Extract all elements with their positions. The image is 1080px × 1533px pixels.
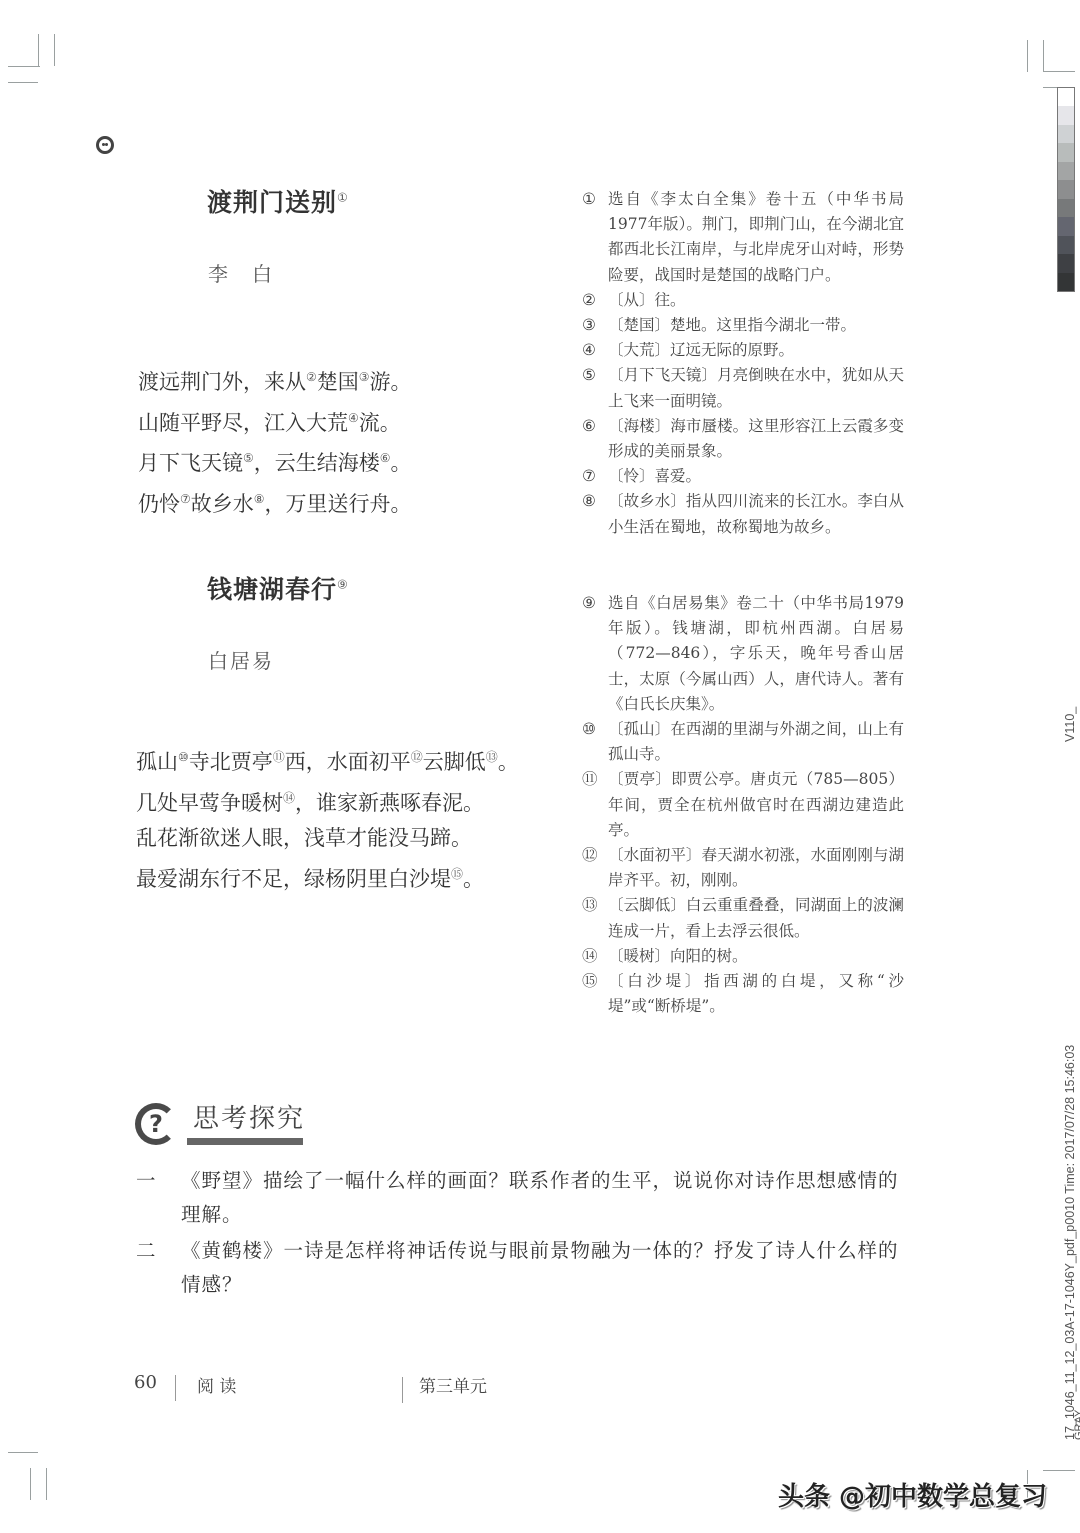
- footnote-number: ①: [582, 187, 608, 288]
- footnotes-poem2: ⑨选自《白居易集》卷二十（中华书局1979年版）。钱塘湖，即杭州西湖。白居易（7…: [582, 591, 904, 1019]
- verse-text: 。: [498, 750, 519, 774]
- verse-text: ，万里送行舟。: [265, 492, 412, 516]
- footnote-number: ⑮: [582, 969, 608, 1019]
- verse-text: 山随平野尽，江入大荒: [138, 411, 348, 435]
- verse-text: 故乡水: [191, 492, 254, 516]
- footnote: ⑧〔故乡水〕指从四川流来的长江水。李白从小生活在蜀地，故称蜀地为故乡。: [582, 489, 904, 539]
- verse-text: 孤山: [136, 750, 178, 774]
- footnote: ⑬〔云脚低〕白云重重叠叠，同湖面上的波澜连成一片，看上去浮云很低。: [582, 893, 904, 943]
- gray-swatch: [1058, 180, 1074, 198]
- page-number: 60: [134, 1372, 157, 1393]
- footnote-text: 〔贾亭〕即贾公亭。唐贞元（785—805）年间，贾全在杭州做官时在西湖边建造此亭…: [608, 767, 904, 843]
- footnote-number: ⑭: [582, 944, 608, 969]
- poem-line: 乱花渐欲迷人眼，浅草才能没马蹄。: [136, 821, 519, 857]
- gray-swatch: [1058, 143, 1074, 161]
- poem2-author: 白居易: [208, 645, 274, 674]
- footnote-text: 〔月下飞天镜〕月亮倒映在水中，犹如从天上飞来一面明镜。: [608, 363, 904, 413]
- poem-line: 几处早莺争暖树⑭，谁家新燕啄春泥。: [136, 781, 519, 822]
- poem2-title: 钱塘湖春行⑨: [207, 570, 349, 606]
- footnote-ref: ⑬: [486, 750, 498, 764]
- verse-text: 几处早莺争暖树: [136, 791, 283, 815]
- footnote-text: 〔白沙堤〕指西湖的白堤，又称“沙堤”或“断桥堤”。: [608, 969, 904, 1019]
- footnote: ⑫〔水面初平〕春天湖水初涨，水面刚刚与湖岸齐平。初，刚刚。: [582, 843, 904, 893]
- footnote-number: ⑫: [582, 843, 608, 893]
- footnote: ⑪〔贾亭〕即贾公亭。唐贞元（785—805）年间，贾全在杭州做官时在西湖边建造此…: [582, 767, 904, 843]
- footnote: ②〔从〕往。: [582, 288, 904, 313]
- question-item: 一 《野望》描绘了一幅什么样的画面？联系作者的生平，说说你对诗作思想感情的理解。: [136, 1164, 906, 1231]
- footnote: ③〔楚国〕楚地。这里指今湖北一带。: [582, 313, 904, 338]
- footnotes-poem1: ①选自《李太白全集》卷十五（中华书局1977年版）。荆门，即荆门山，在今湖北宜都…: [582, 187, 904, 540]
- crop-mark: [1043, 71, 1075, 72]
- footnote: ⑮〔白沙堤〕指西湖的白堤，又称“沙堤”或“断桥堤”。: [582, 969, 904, 1019]
- footnote-ref: ④: [348, 411, 359, 425]
- footnote-number: ⑧: [582, 489, 608, 539]
- footnote-number: ⑨: [582, 591, 608, 717]
- question-text: 《野望》描绘了一幅什么样的画面？联系作者的生平，说说你对诗作思想感情的理解。: [181, 1164, 906, 1231]
- print-info: 17_1046_11_12_03A-17-1046Y_pdf_p0010 Tim…: [1063, 1045, 1077, 1440]
- gray-swatch: [1058, 217, 1074, 235]
- gray-swatch: [1058, 162, 1074, 180]
- footnote-text: 〔楚国〕楚地。这里指今湖北一带。: [608, 313, 904, 338]
- gray-swatch: [1058, 88, 1074, 106]
- footnote: ①选自《李太白全集》卷十五（中华书局1977年版）。荆门，即荆门山，在今湖北宜都…: [582, 187, 904, 288]
- footnote-ref: ③: [359, 370, 370, 384]
- poem-line: 最爱湖东行不足，绿杨阴里白沙堤⑮。: [136, 857, 519, 898]
- crop-mark: [1043, 87, 1057, 88]
- watermark: 头条 @初中数学总复习: [778, 1476, 1047, 1513]
- footnote: ⑥〔海楼〕海市蜃楼。这里形容江上云霞多变形成的美丽景象。: [582, 414, 904, 464]
- gray-swatch: [1058, 125, 1074, 143]
- footnote-ref: ⑩: [178, 750, 189, 764]
- footnote-number: ④: [582, 338, 608, 363]
- footer-section: 阅 读: [197, 1372, 236, 1397]
- verse-text: 云脚低: [423, 750, 486, 774]
- footnote-number: ⑥: [582, 414, 608, 464]
- gray-scale-strip: [1057, 87, 1075, 292]
- gray-swatch: [1058, 273, 1074, 291]
- gray-swatch: [1058, 236, 1074, 254]
- footnote-number: ⑩: [582, 717, 608, 767]
- poem1-title: 渡荆门送别①: [207, 183, 349, 219]
- footnote: ⑭〔暖树〕向阳的树。: [582, 944, 904, 969]
- poem1-body: 渡远荆门外，来从②楚国③游。山随平野尽，江入大荒④流。月下飞天镜⑤，云生结海楼⑥…: [138, 360, 412, 522]
- crop-mark: [8, 66, 40, 67]
- gray-label: GRAY: [1073, 1410, 1080, 1440]
- footnote-ref: ⑪: [273, 750, 285, 764]
- crop-mark: [1043, 40, 1044, 72]
- question-item: 二 《黄鹤楼》一诗是怎样将神话传说与眼前景物融为一体的？抒发了诗人什么样的情感？: [136, 1234, 906, 1301]
- poem-line: 渡远荆门外，来从②楚国③游。: [138, 360, 412, 401]
- verse-text: 最爱湖东行不足，绿杨阴里白沙堤: [136, 867, 451, 891]
- footnote-ref: ⑨: [337, 578, 349, 592]
- footnote-ref: ⑮: [451, 867, 463, 881]
- footnote: ⑤〔月下飞天镜〕月亮倒映在水中，犹如从天上飞来一面明镜。: [582, 363, 904, 413]
- verse-text: 游。: [370, 370, 412, 394]
- verse-text: 渡远荆门外，来从: [138, 370, 306, 394]
- footnote-text: 〔暖树〕向阳的树。: [608, 944, 904, 969]
- footnote: ⑨选自《白居易集》卷二十（中华书局1979年版）。钱塘湖，即杭州西湖。白居易（7…: [582, 591, 904, 717]
- smiley-icon: [96, 136, 114, 154]
- verse-text: 西，水面初平: [285, 750, 411, 774]
- gray-swatch: [1058, 106, 1074, 124]
- verse-text: 。: [463, 867, 484, 891]
- poem2-body: 孤山⑩寺北贾亭⑪西，水面初平⑫云脚低⑬。几处早莺争暖树⑭，谁家新燕啄春泥。乱花渐…: [136, 740, 519, 897]
- gray-swatch: [1058, 254, 1074, 272]
- footnote-text: 〔怜〕喜爱。: [608, 464, 904, 489]
- poem1-author: 李 白: [208, 258, 274, 287]
- verse-text: 乱花渐欲迷人眼，浅草才能没马蹄。: [136, 826, 472, 850]
- verse-text: 月下飞天镜: [138, 451, 243, 475]
- footnote-text: 〔水面初平〕春天湖水初涨，水面刚刚与湖岸齐平。初，刚刚。: [608, 843, 904, 893]
- verse-text: ，谁家新燕啄春泥。: [295, 791, 484, 815]
- question-text: 《黄鹤楼》一诗是怎样将神话传说与眼前景物融为一体的？抒发了诗人什么样的情感？: [181, 1234, 906, 1301]
- footnote-ref: ②: [306, 370, 317, 384]
- poem-line: 孤山⑩寺北贾亭⑪西，水面初平⑫云脚低⑬。: [136, 740, 519, 781]
- footnote-ref: ①: [337, 191, 349, 205]
- footer-unit: 第三单元: [419, 1372, 487, 1397]
- crop-mark: [8, 82, 38, 83]
- crop-mark: [8, 1452, 38, 1453]
- footnote-ref: ⑭: [283, 791, 295, 805]
- question-mark-icon: ?: [135, 1103, 177, 1145]
- verse-text: 仍怜: [138, 492, 180, 516]
- footnote-text: 〔故乡水〕指从四川流来的长江水。李白从小生活在蜀地，故称蜀地为故乡。: [608, 489, 904, 539]
- footnote: ④〔大荒〕辽远无际的原野。: [582, 338, 904, 363]
- footnote-number: ⑦: [582, 464, 608, 489]
- footer-divider: [175, 1375, 176, 1401]
- footnote-text: 〔大荒〕辽远无际的原野。: [608, 338, 904, 363]
- footnote-text: 选自《白居易集》卷二十（中华书局1979年版）。钱塘湖，即杭州西湖。白居易（77…: [608, 591, 904, 717]
- footnote-ref: ⑫: [411, 750, 423, 764]
- footnote-text: 〔从〕往。: [608, 288, 904, 313]
- footer-divider: [402, 1377, 403, 1403]
- gray-swatch: [1058, 199, 1074, 217]
- section-title: 思考探究: [193, 1098, 305, 1135]
- verse-text: 寺北贾亭: [189, 750, 273, 774]
- verse-text: 流。: [359, 411, 401, 435]
- footnote-number: ③: [582, 313, 608, 338]
- footnote-text: 〔云脚低〕白云重重叠叠，同湖面上的波澜连成一片，看上去浮云很低。: [608, 893, 904, 943]
- question-number: 一: [136, 1164, 181, 1231]
- crop-mark: [1043, 1470, 1075, 1471]
- footnote-text: 选自《李太白全集》卷十五（中华书局1977年版）。荆门，即荆门山，在今湖北宜都西…: [608, 187, 904, 288]
- version-label: V110_: [1063, 707, 1077, 742]
- poem-line: 仍怜⑦故乡水⑧，万里送行舟。: [138, 482, 412, 523]
- footnote-number: ⑤: [582, 363, 608, 413]
- crop-mark: [46, 1468, 47, 1500]
- crop-mark: [54, 34, 55, 66]
- crop-mark: [1027, 40, 1028, 72]
- verse-text: ，云生结海楼: [254, 451, 380, 475]
- footnote-ref: ⑤: [243, 451, 254, 465]
- verse-text: 。: [391, 451, 412, 475]
- footnote-ref: ⑧: [254, 492, 265, 506]
- poem-line: 月下飞天镜⑤，云生结海楼⑥。: [138, 441, 412, 482]
- crop-mark: [30, 1468, 31, 1500]
- crop-mark: [38, 34, 39, 67]
- footnote-ref: ⑥: [380, 451, 391, 465]
- footnote-number: ⑬: [582, 893, 608, 943]
- footnote-ref: ⑦: [180, 492, 191, 506]
- footnote: ⑩〔孤山〕在西湖的里湖与外湖之间，山上有孤山寺。: [582, 717, 904, 767]
- verse-text: 楚国: [317, 370, 359, 394]
- footnote-number: ⑪: [582, 767, 608, 843]
- footnote: ⑦〔怜〕喜爱。: [582, 464, 904, 489]
- footnote-text: 〔孤山〕在西湖的里湖与外湖之间，山上有孤山寺。: [608, 717, 904, 767]
- question-number: 二: [136, 1234, 181, 1301]
- poem-line: 山随平野尽，江入大荒④流。: [138, 401, 412, 442]
- footnote-number: ②: [582, 288, 608, 313]
- footnote-text: 〔海楼〕海市蜃楼。这里形容江上云霞多变形成的美丽景象。: [608, 414, 904, 464]
- section-underline: [187, 1138, 303, 1145]
